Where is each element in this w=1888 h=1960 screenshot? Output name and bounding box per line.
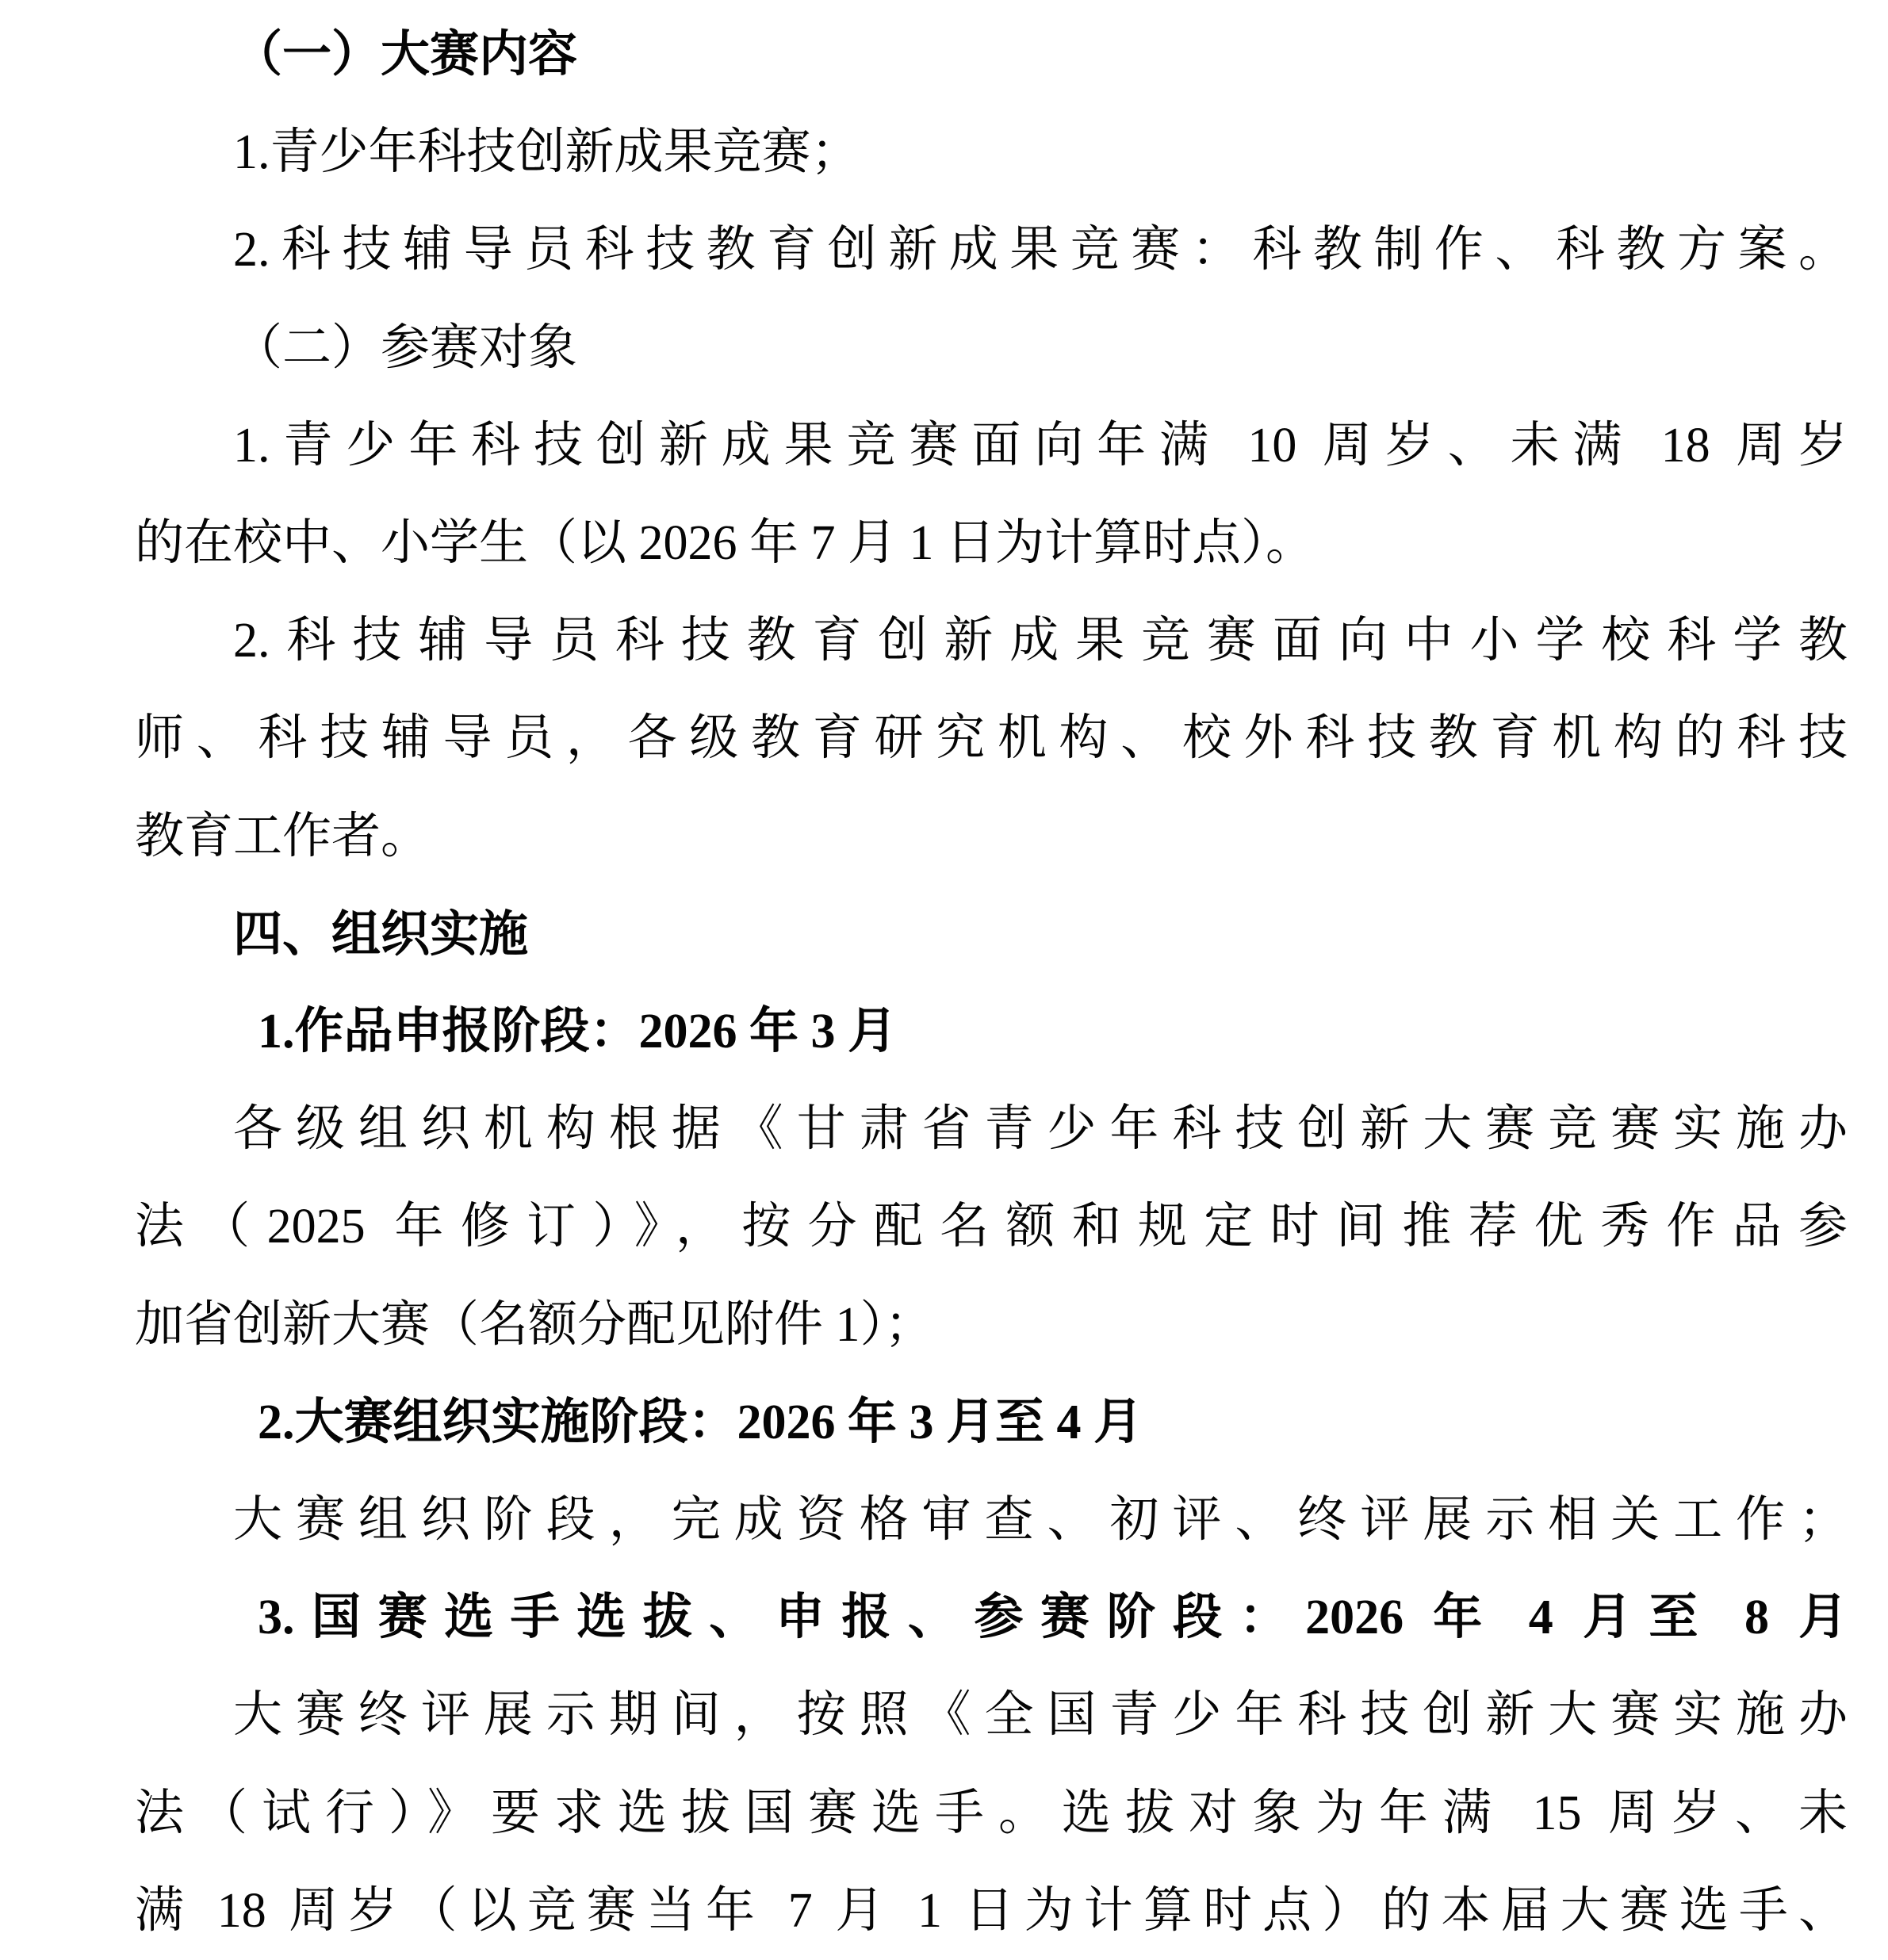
stage-heading-declaration: 1.作品申报阶段：2026 年 3 月 [135, 983, 1848, 1081]
heading-participants: （二）参赛对象 [135, 300, 1848, 397]
stage-heading-implementation: 2.大赛组织实施阶段：2026 年 3 月至 4 月 [135, 1374, 1848, 1472]
stage-heading-national: 3.国赛选手选拔、申报、参赛阶段：2026 年 4 月至 8 月 [135, 1569, 1848, 1667]
para-stage3-line-2: 法（试行）》要求选拔国赛选手。选拔对象为年满 15 周岁、未 [135, 1765, 1848, 1862]
para-stage1-line-2: 法（2025 年修订）》，按分配名额和规定时间推荐优秀作品参 [135, 1178, 1848, 1276]
para-counselor-eligibility-line-2: 师、科技辅导员，各级教育研究机构、校外科技教育机构的科技 [135, 690, 1848, 787]
heading-organization: 四、组织实施 [135, 886, 1848, 983]
para-stage1-line-1: 各级组织机构根据《甘肃省青少年科技创新大赛竞赛实施办 [135, 1081, 1848, 1178]
para-stage1-line-3: 加省创新大赛（名额分配见附件 1）； [135, 1277, 1848, 1374]
item-counselor-competition: 2.科技辅导员科技教育创新成果竞赛：科教制作、科教方案。 [135, 201, 1848, 299]
para-stage3-line-1: 大赛终评展示期间，按照《全国青少年科技创新大赛实施办 [135, 1667, 1848, 1764]
para-counselor-eligibility-line-1: 2.科技辅导员科技教育创新成果竞赛面向中小学校科学教 [135, 592, 1848, 690]
heading-contest-content: （一）大赛内容 [135, 6, 1848, 104]
document-page: （一）大赛内容 1.青少年科技创新成果竞赛； 2.科技辅导员科技教育创新成果竞赛… [0, 0, 1888, 1960]
para-stage3-line-3: 满 18 周岁（以竞赛当年 7 月 1 日为计算时点）的本届大赛选手、 [135, 1862, 1848, 1960]
item-youth-competition: 1.青少年科技创新成果竞赛； [135, 104, 1848, 201]
para-stage2-detail: 大赛组织阶段，完成资格审查、初评、终评展示相关工作； [135, 1472, 1848, 1569]
para-youth-eligibility-line-1: 1.青少年科技创新成果竞赛面向年满 10 周岁、未满 18 周岁 [135, 397, 1848, 495]
para-youth-eligibility-line-2: 的在校中、小学生（以 2026 年 7 月 1 日为计算时点）。 [135, 495, 1848, 592]
para-counselor-eligibility-line-3: 教育工作者。 [135, 788, 1848, 886]
